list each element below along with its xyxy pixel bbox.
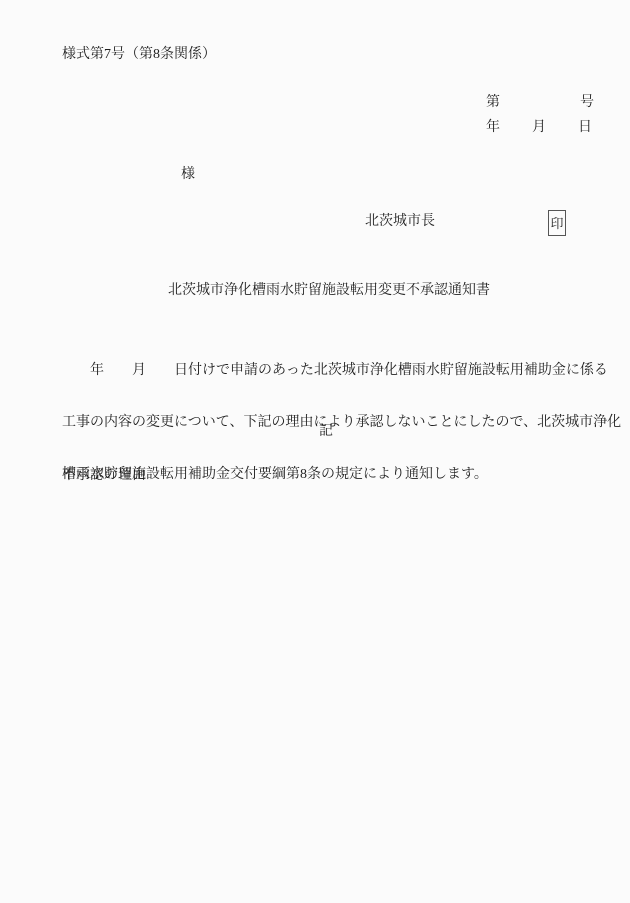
seal-stamp-box: 印 xyxy=(548,210,566,236)
addressee-honorific: 様 xyxy=(181,168,195,182)
ki-section-marker: 記 xyxy=(0,425,630,439)
document-number-line: 第 号 xyxy=(486,96,594,110)
doc-number-suffix: 号 xyxy=(580,96,594,110)
date-month-label: 月 xyxy=(532,121,546,135)
non-approval-reason-label: 不承認の理由 xyxy=(62,469,146,483)
doc-number-prefix: 第 xyxy=(486,96,500,110)
date-line: 年 月 日 xyxy=(486,121,592,135)
form-number-label: 様式第7号（第8条関係） xyxy=(62,48,216,62)
seal-label: 印 xyxy=(550,217,563,230)
date-year-label: 年 xyxy=(486,121,500,135)
date-day-label: 日 xyxy=(578,121,592,135)
sender-title: 北茨城市長 xyxy=(365,215,435,229)
body-line-1: 年 月 日付けで申請のあった北茨城市浄化槽雨水貯留施設転用補助金に係る xyxy=(62,359,610,383)
document-page: 様式第7号（第8条関係） 第 号 年 月 日 様 北茨城市長 印 北茨城市浄化槽… xyxy=(0,0,630,903)
document-title: 北茨城市浄化槽雨水貯留施設転用変更不承認通知書 xyxy=(0,284,630,298)
body-paragraph: 年 月 日付けで申請のあった北茨城市浄化槽雨水貯留施設転用補助金に係る 工事の内… xyxy=(62,331,610,515)
